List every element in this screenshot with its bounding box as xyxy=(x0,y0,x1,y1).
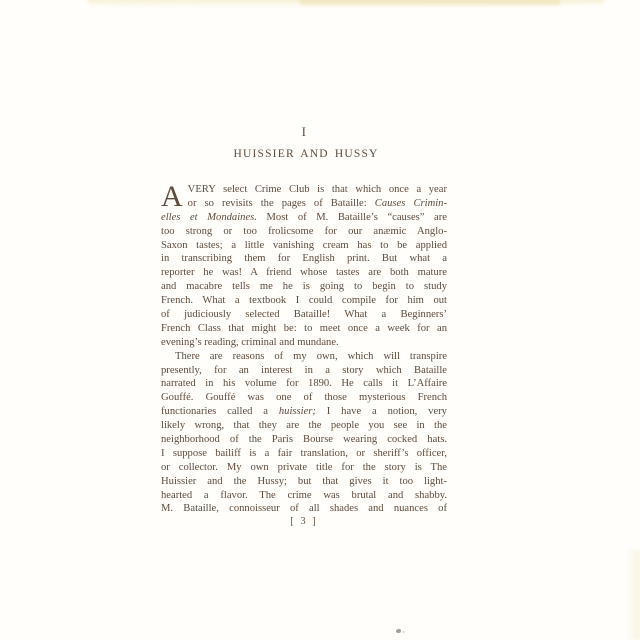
page-number: [ 3 ] xyxy=(161,516,447,527)
text-run: functionaries called a xyxy=(161,406,279,417)
italic-text: Causes Crimin- xyxy=(375,198,447,209)
italic-text: elles et Mondaines. xyxy=(161,212,257,223)
text-run: narrated in his volume for 1890. He call… xyxy=(161,378,447,389)
text-run: Huissier and the Hussy; but that gives i… xyxy=(161,476,447,487)
text-run: too strong or too frolicsome for our anæ… xyxy=(161,226,447,237)
body-line: French. What a textbook I could compile … xyxy=(161,294,447,308)
text-run: There are reasons of my own, which will … xyxy=(175,351,447,362)
scan-speck xyxy=(396,629,401,633)
body-line: functionaries called a huissier; I have … xyxy=(161,405,447,419)
text-run: hearted a flavor. The crime was brutal a… xyxy=(161,490,447,501)
body-line: M. Bataille, connoisseur of all shades a… xyxy=(161,502,447,516)
body-line: reporter he was! A friend whose tastes a… xyxy=(161,266,447,280)
body-line: I suppose bailiff is a fair translation,… xyxy=(161,447,447,461)
italic-text: huissier; xyxy=(279,406,316,417)
text-run: of judiciously selected Bataille! What a… xyxy=(161,309,447,320)
chapter-number: I xyxy=(161,124,447,140)
text-run: in transcribing them for English print. … xyxy=(161,253,447,264)
text-run: Gouffé. Gouffé was one of those mysterio… xyxy=(161,392,447,403)
body-line: elles et Mondaines. Most of M. Bataille’… xyxy=(161,211,447,225)
text-run: I suppose bailiff is a fair translation,… xyxy=(161,448,447,459)
body-line: or collector. My own private title for t… xyxy=(161,461,447,475)
body-line: neighborhood of the Paris Bourse wearing… xyxy=(161,433,447,447)
drop-cap-letter: A xyxy=(161,183,188,210)
body-text: A VERY select Crime Club is that which o… xyxy=(161,183,447,516)
body-line: evening’s reading, criminal and mundane. xyxy=(161,336,447,350)
body-line: narrated in his volume for 1890. He call… xyxy=(161,377,447,391)
text-run: Saxon tastes; a little vanishing cream h… xyxy=(161,240,447,251)
body-line: presently, for an interest in a story wh… xyxy=(161,364,447,378)
body-line: likely wrong, that they are the people y… xyxy=(161,419,447,433)
body-line: hearted a flavor. The crime was brutal a… xyxy=(161,489,447,503)
body-line: Saxon tastes; a little vanishing cream h… xyxy=(161,239,447,253)
text-run: or so revisits the pages of Bataille: xyxy=(188,198,375,209)
text-run: Most of M. Bataille’s “causes” are xyxy=(257,212,447,223)
body-line: Huissier and the Hussy; but that gives i… xyxy=(161,475,447,489)
body-line: Gouffé. Gouffé was one of those mysterio… xyxy=(161,391,447,405)
body-line: of judiciously selected Bataille! What a… xyxy=(161,308,447,322)
body-line: French Class that might be: to meet once… xyxy=(161,322,447,336)
text-run: presently, for an interest in a story wh… xyxy=(161,365,447,376)
chapter-title: HUISSIER AND HUSSY xyxy=(163,148,449,160)
book-page: I HUISSIER AND HUSSY A VERY select Crime… xyxy=(0,0,640,640)
body-line: VERY select Crime Club is that which onc… xyxy=(161,183,447,197)
text-run: French Class that might be: to meet once… xyxy=(161,323,447,334)
text-run: French. What a textbook I could compile … xyxy=(161,295,447,306)
body-line: There are reasons of my own, which will … xyxy=(161,350,447,364)
body-line: or so revisits the pages of Bataille: Ca… xyxy=(161,197,447,211)
text-run: reporter he was! A friend whose tastes a… xyxy=(161,267,447,278)
page-top-edge-shading-2 xyxy=(300,0,560,7)
text-run: evening’s reading, criminal and mundane. xyxy=(161,337,339,348)
text-run: VERY select Crime Club is that which onc… xyxy=(188,184,447,195)
text-run: neighborhood of the Paris Bourse wearing… xyxy=(161,434,447,445)
text-run: M. Bataille, connoisseur of all shades a… xyxy=(161,503,447,514)
body-line: too strong or too frolicsome for our anæ… xyxy=(161,225,447,239)
text-run: likely wrong, that they are the people y… xyxy=(161,420,447,431)
text-run: or collector. My own private title for t… xyxy=(161,462,447,473)
text-run: I have a notion, very xyxy=(316,406,447,417)
text-run: and macabre tells me he is going to begi… xyxy=(161,281,447,292)
page-corner-shading xyxy=(626,550,640,640)
body-line: in transcribing them for English print. … xyxy=(161,252,447,266)
body-line: and macabre tells me he is going to begi… xyxy=(161,280,447,294)
